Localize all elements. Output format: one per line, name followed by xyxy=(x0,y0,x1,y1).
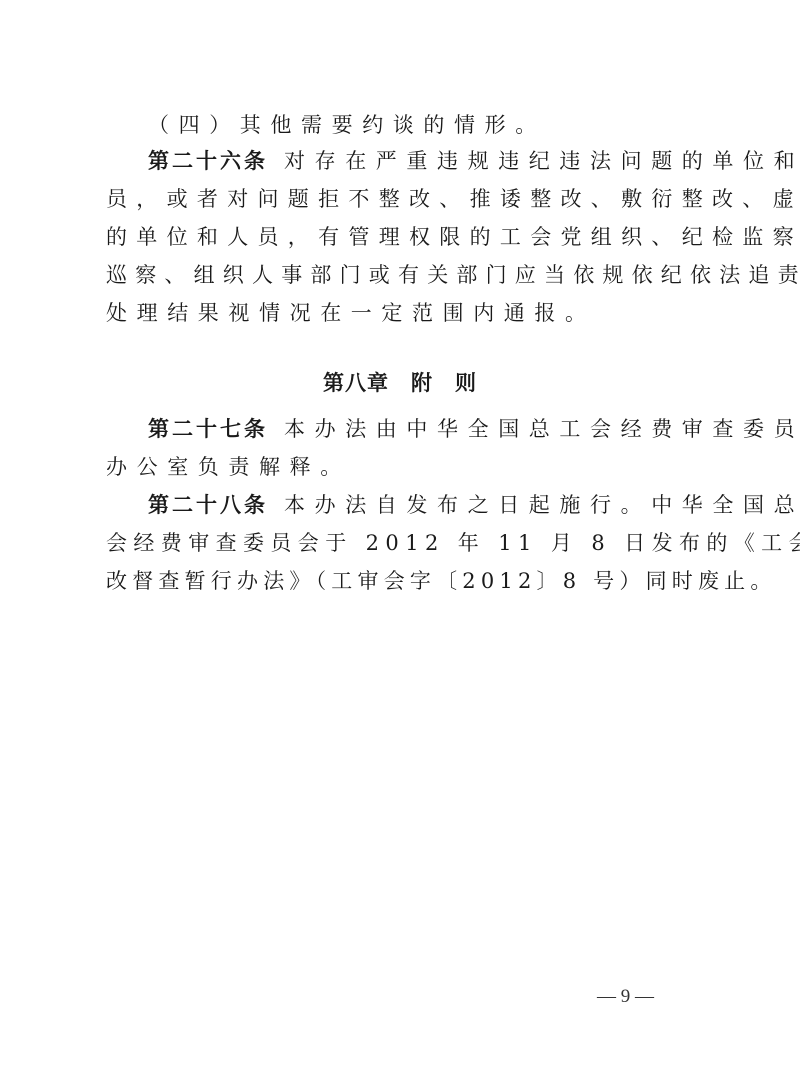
article-26-text-2: 员，或者对问题拒不整改、推诿整改、敷衍整改、虚假整改 xyxy=(106,187,800,211)
article-26-line-4: 巡察、组织人事部门或有关部门应当依规依纪依法追责问责， xyxy=(106,259,696,291)
article-26-text-4: 巡察、组织人事部门或有关部门应当依规依纪依法追责问责， xyxy=(106,263,800,287)
article-28-text-3: 改督查暂行办法》（工审会字〔2012〕8 号）同时废止。 xyxy=(106,569,777,593)
article-27-line-1: 第二十七条本办法由中华全国总工会经费审查委员会 xyxy=(148,413,696,445)
chapter-number: 第八章 xyxy=(323,371,389,395)
paragraph-item-4: （四）其他需要约谈的情形。 xyxy=(148,109,696,141)
article-28-text-2: 会经费审查委员会于 2012 年 11 月 8 日发布的《工会审计整 xyxy=(106,531,800,555)
article-26-label: 第二十六条 xyxy=(148,149,268,173)
chapter-heading: 第八章附则 xyxy=(0,367,800,399)
article-26-text-3: 的单位和人员，有管理权限的工会党组织、纪检监察、巡视 xyxy=(106,225,800,249)
article-28-line-2: 会经费审查委员会于 2012 年 11 月 8 日发布的《工会审计整 xyxy=(106,527,696,559)
chapter-title-2: 则 xyxy=(455,371,477,395)
article-26-text-5: 处理结果视情况在一定范围内通报。 xyxy=(106,301,596,325)
article-28-line-1: 第二十八条本办法自发布之日起施行。中华全国总工 xyxy=(148,489,696,521)
article-28-label: 第二十八条 xyxy=(148,493,268,517)
article-26-line-2: 员，或者对问题拒不整改、推诿整改、敷衍整改、虚假整改 xyxy=(106,183,696,215)
article-28-text-1: 本办法自发布之日起施行。中华全国总工 xyxy=(284,493,800,517)
article-27-text-1: 本办法由中华全国总工会经费审查委员会 xyxy=(284,417,800,441)
article-26-line-3: 的单位和人员，有管理权限的工会党组织、纪检监察、巡视 xyxy=(106,221,696,253)
item-4-text: （四）其他需要约谈的情形。 xyxy=(148,113,546,137)
chapter-title-1: 附 xyxy=(411,371,433,395)
document-page: （四）其他需要约谈的情形。 第二十六条对存在严重违规违纪违法问题的单位和人 员，… xyxy=(0,0,800,1092)
article-26-line-5: 处理结果视情况在一定范围内通报。 xyxy=(106,297,696,329)
article-28-line-3: 改督查暂行办法》（工审会字〔2012〕8 号）同时废止。 xyxy=(106,565,696,597)
article-27-text-2: 办公室负责解释。 xyxy=(106,455,351,479)
article-27-label: 第二十七条 xyxy=(148,417,268,441)
article-26-text-1: 对存在严重违规违纪违法问题的单位和人 xyxy=(284,149,800,173)
page-number: — 9 — xyxy=(597,982,654,1012)
article-26-line-1: 第二十六条对存在严重违规违纪违法问题的单位和人 xyxy=(148,145,696,177)
article-27-line-2: 办公室负责解释。 xyxy=(106,451,696,483)
